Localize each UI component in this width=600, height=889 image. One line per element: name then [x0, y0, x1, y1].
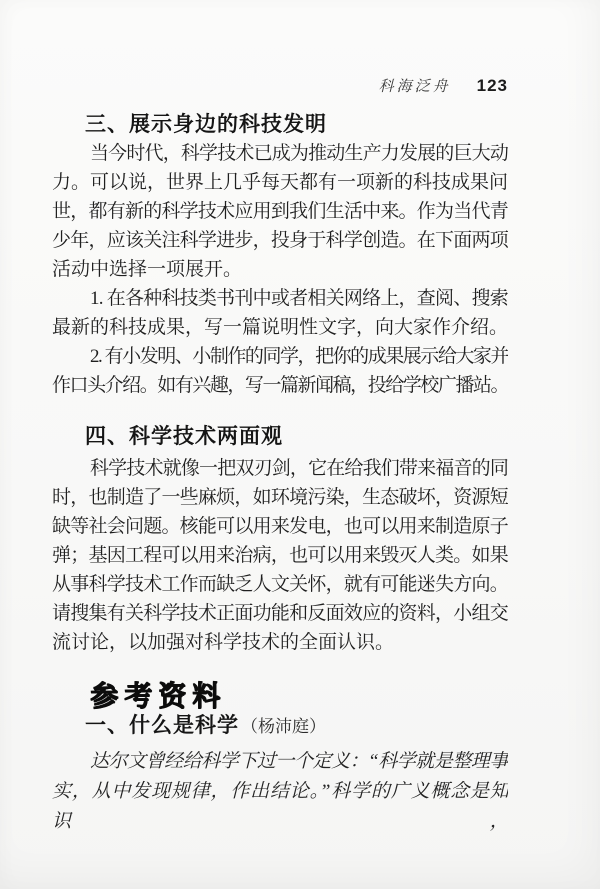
text-line: 世，都有新的科学技术应用到我们生活中来。作为当代青: [52, 197, 508, 226]
text-line: 请搜集有关科学技术正面功能和反面效应的资料，小组交: [52, 599, 508, 628]
running-header: 科海泛舟123: [52, 76, 508, 97]
what-is-science-heading: 一、什么是科学（杨沛庭）: [52, 713, 508, 741]
text-line: 弹；基因工程可以用来治病，也可以用来毁灭人类。如果: [52, 541, 508, 570]
paragraph: 当今时代，科学技术已成为推动生产力发展的巨大动力。可以说，世界上几乎每天都有一项…: [52, 139, 508, 284]
book-page: 科海泛舟123 三、展示身边的科技发明当今时代，科学技术已成为推动生产力发展的巨…: [0, 0, 600, 889]
text-line: 缺等社会问题。核能可以用来发电，也可以用来制造原子: [52, 512, 508, 541]
text-line: 时，也制造了一些麻烦，如环境污染，生态破坏，资源短: [52, 483, 508, 512]
text-line: 作口头介绍。如有兴趣，写一篇新闻稿，投给学校广播站。: [52, 371, 508, 400]
text-line: 少年，应该关注科学进步，投身于科学创造。在下面两项: [52, 226, 508, 255]
paragraph: 科学技术就像一把双刃剑，它在给我们带来福音的同时，也制造了一些麻烦，如环境污染，…: [52, 454, 508, 657]
text-line: 活动中选择一项展开。: [52, 255, 508, 284]
text-line: 力。可以说，世界上几乎每天都有一项新的科技成果问: [52, 168, 508, 197]
page-content: 科海泛舟123 三、展示身边的科技发明当今时代，科学技术已成为推动生产力发展的巨…: [0, 0, 600, 837]
paragraph: 2. 有小发明、小制作的同学，把你的成果展示给大家并作口头介绍。如有兴趣，写一篇…: [52, 342, 508, 400]
text-line: 最新的科技成果，写一篇说明性文字，向大家作介绍。: [52, 313, 508, 342]
page-number: 123: [477, 76, 508, 95]
text-line: 当今时代，科学技术已成为推动生产力发展的巨大动: [52, 139, 508, 168]
activity-4-heading: 四、科学技术两面观: [52, 425, 508, 449]
text-line: 1. 在各种科技类书刊中或者相关网络上，查阅、搜索: [52, 284, 508, 313]
text-line: 从事科学技术工作而缺乏人文关怀，就有可能迷失方向。: [52, 570, 508, 599]
paragraph: 1. 在各种科技类书刊中或者相关网络上，查阅、搜索最新的科技成果，写一篇说明性文…: [52, 284, 508, 342]
paragraph: 达尔文曾经给科学下过一个定义：“科学就是整理事实，从中发现规律，作出结论。”科学…: [52, 747, 508, 837]
text-line: 流讨论，以加强对科学技术的全面认识。: [52, 628, 508, 657]
text-line: 达尔文曾经给科学下过一个定义：“科学就是整理事: [52, 747, 508, 777]
text-line: 科学技术就像一把双刃剑，它在给我们带来福音的同: [52, 454, 508, 483]
activity-3-heading: 三、展示身边的科技发明: [52, 113, 508, 137]
text-line: 实，从中发现规律，作出结论。”科学的广义概念是知识，: [52, 777, 508, 837]
reference-materials-heading: 参考资料: [52, 681, 508, 711]
subsection-title: 一、什么是科学: [85, 714, 239, 737]
chapter-title: 科海泛舟: [379, 79, 451, 95]
author-annotation: （杨沛庭）: [241, 717, 326, 736]
text-line: 2. 有小发明、小制作的同学，把你的成果展示给大家并: [52, 342, 508, 371]
